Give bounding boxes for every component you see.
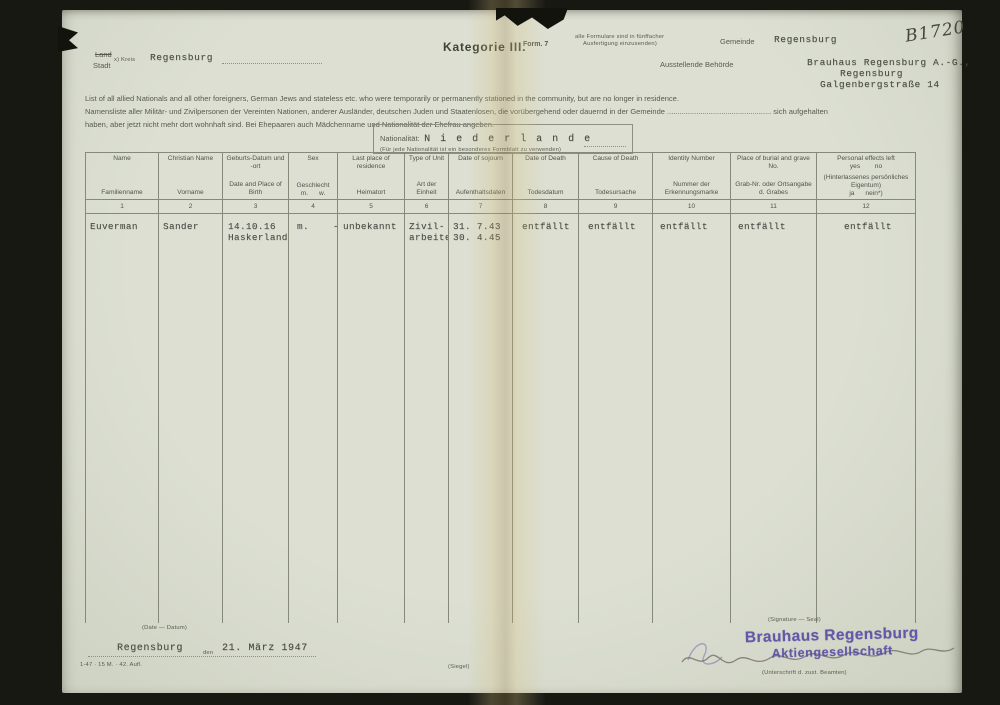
row-cell-11: entfällt — [731, 214, 817, 624]
col-header-12: Personal effects leftyes no(Hinterlassen… — [817, 153, 916, 200]
col-header-3: Geburts-Datum und -ortDate and Place of … — [223, 153, 289, 200]
col-number-4: 4 — [289, 200, 338, 214]
row-cell-1: Euverman — [86, 214, 159, 624]
row-cell-3: 14.10.16Haskerland — [223, 214, 289, 624]
stadt-label: Stadt — [93, 61, 111, 71]
kreis-note: x) Kreis — [114, 57, 135, 65]
col-number-11: 11 — [731, 200, 817, 214]
print-note: 1-47 · 15 M. · 42. Aufl. — [80, 662, 142, 670]
paper-sheet: Land x) Kreis Stadt Regensburg Kategorie… — [62, 10, 962, 693]
col-number-10: 10 — [653, 200, 731, 214]
col-header-6: Type of UnitArt der Einheit — [405, 153, 449, 200]
behoerde-line3: Galgenbergstraße 14 — [820, 79, 940, 90]
row-cell-4: m. - — [289, 214, 338, 624]
city-field-value: Regensburg — [150, 52, 213, 63]
nationality-line — [584, 137, 626, 147]
scanned-document-screen: Land x) Kreis Stadt Regensburg Kategorie… — [0, 0, 1000, 705]
siegel-note: (Siegel) — [448, 664, 470, 672]
form-number: Form. 7 — [523, 40, 548, 49]
col-header-2: Christian NameVorname — [159, 153, 223, 200]
col-header-1: NameFamilienname — [86, 153, 159, 200]
city-field-line — [222, 54, 322, 64]
row-cell-9: entfällt — [579, 214, 653, 624]
col-header-4: SexGeschlechtm. w. — [289, 153, 338, 200]
col-header-5: Last place of residenceHeimatort — [338, 153, 405, 200]
col-header-8: Date of DeathTodesdatum — [513, 153, 579, 200]
row-cell-12: entfällt — [817, 214, 916, 624]
col-number-7: 7 — [449, 200, 513, 214]
col-header-10: Identity NumberNummer der Erkennungsmark… — [653, 153, 731, 200]
gemeinde-value: Regensburg — [774, 34, 837, 45]
row-cell-7: 31. 7.4330. 4.45 — [449, 214, 513, 624]
form-note-line2: Ausfertigung einzusenden) — [583, 41, 657, 49]
col-number-1: 1 — [86, 200, 159, 214]
col-number-6: 6 — [405, 200, 449, 214]
signature-seal-note: (Signature — Seal) — [768, 617, 821, 625]
col-header-9: Cause of DeathTodesursache — [579, 153, 653, 200]
kategorie-title: Kategorie III. — [443, 40, 526, 54]
land-label: Land — [95, 50, 112, 60]
row-cell-8: entfällt — [513, 214, 579, 624]
row-cell-10: entfällt — [653, 214, 731, 624]
col-number-5: 5 — [338, 200, 405, 214]
col-header-11: Place of burial and grave No.Grab-Nr. od… — [731, 153, 817, 200]
place-date-line — [88, 647, 316, 657]
intro-line2: Namensliste aller Militär- und Zivilpers… — [85, 107, 828, 117]
date-place-note: (Date — Datum) — [142, 625, 187, 633]
col-header-7: Date of sojournAufenthaltsdaten — [449, 153, 513, 200]
roster-table-host: NameFamiliennameChristian NameVornameGeb… — [85, 152, 916, 623]
col-number-2: 2 — [159, 200, 223, 214]
handwritten-reference-number: B1720 — [904, 17, 967, 46]
behoerde-line2: Regensburg — [840, 68, 903, 79]
col-number-8: 8 — [513, 200, 579, 214]
row-cell-6: Zivil-arbeiter — [405, 214, 449, 624]
nationality-value: N i e d e r l a n d e — [424, 134, 592, 145]
nationality-box: Nationalität: N i e d e r l a n d e (Für… — [373, 124, 633, 154]
roster-table: NameFamiliennameChristian NameVornameGeb… — [85, 152, 916, 623]
row-cell-2: Sander — [159, 214, 223, 624]
col-number-9: 9 — [579, 200, 653, 214]
intro-line1: List of all allied Nationals and all oth… — [85, 94, 679, 104]
behoerde-line1: Brauhaus Regensburg A.-G., — [807, 57, 971, 68]
col-number-3: 3 — [223, 200, 289, 214]
gemeinde-label: Gemeinde — [720, 37, 755, 47]
nationality-label: Nationalität: — [380, 134, 420, 143]
row-cell-5: unbekannt — [338, 214, 405, 624]
col-number-12: 12 — [817, 200, 916, 214]
behoerde-label: Ausstellende Behörde — [660, 60, 733, 70]
